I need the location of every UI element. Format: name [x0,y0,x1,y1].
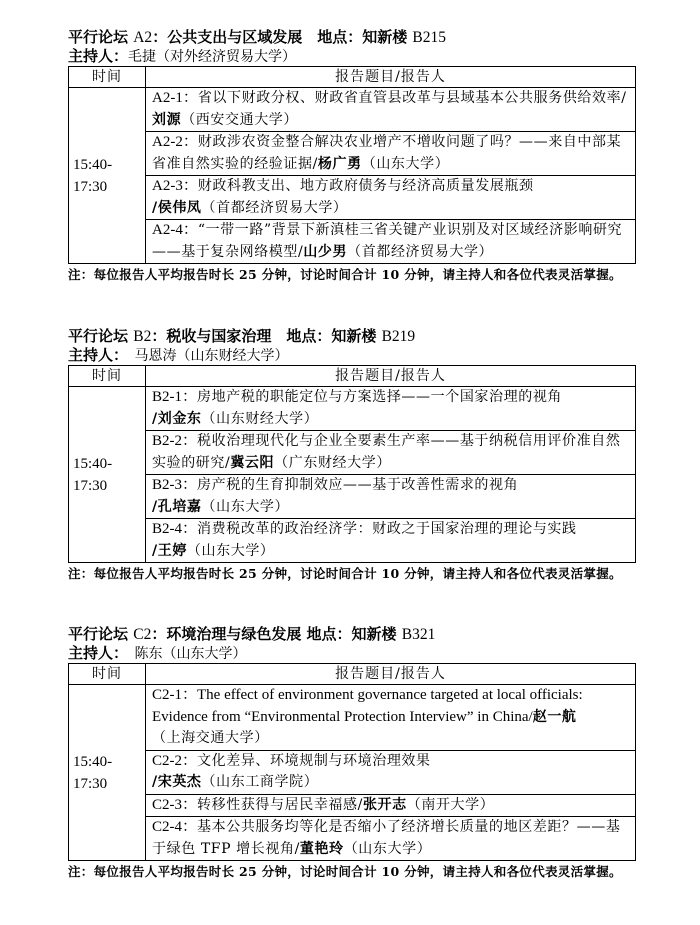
header-topic: 报告题目/报告人 [146,664,636,685]
speaker-affiliation: （山东大学） [187,543,275,559]
talk-code: B2-1： [152,389,197,405]
speaker-affiliation: （山东工商学院） [202,774,319,790]
talk-cell: B2-1：房地产税的职能定位与方案选择——一个国家治理的视角/刘金东（山东财经大… [146,387,636,431]
forum-title: 平行论坛 C2：环境治理与绿色发展 地点：知新楼 B321 [68,624,636,644]
forum-section-a2: 平行论坛 A2：公共支出与区域发展 地点：知新楼 B215 主持人：毛捷（对外经… [68,27,636,286]
talk-code: A2-3： [152,178,198,194]
speaker-affiliation: （南开大学） [407,797,495,813]
talk-code: A2-1： [152,90,198,106]
table-row: 15:40- 17:30 C2-1：The effect of environm… [69,685,636,751]
table-row: A2-4：“一带一路”背景下新滇桂三省关键产业识别及对区域经济影响研究——基于复… [69,220,636,264]
header-topic: 报告题目/报告人 [146,366,636,387]
table-row: C2-4：基本公共服务均等化是否缩小了经济增长质量的地区差距？——基于绿色 TF… [69,817,636,861]
room-number: B219 [382,328,416,345]
talk-cell: B2-2：税收治理现代化与企业全要素生产率——基于纳税信用评价准自然实验的研究/… [146,431,636,475]
schedule-table: 时间 报告题目/报告人 15:40- 17:30 A2-1：省以下财政分权、财政… [68,66,636,264]
talk-cell: B2-3：房产税的生育抑制效应——基于改善性需求的视角/孔培嘉（山东大学） [146,475,636,519]
talk-title: 省以下财政分权、财政省直管县改革与县域基本公共服务供给效率/ [198,90,627,106]
table-row: B2-4：消费税改革的政治经济学：财政之于国家治理的理论与实践/王婷（山东大学） [69,519,636,563]
room-number: B321 [402,626,436,643]
talk-cell: A2-4：“一带一路”背景下新滇桂三省关键产业识别及对区域经济影响研究——基于复… [146,220,636,264]
table-header-row: 时间 报告题目/报告人 [69,366,636,387]
table-row: B2-3：房产税的生育抑制效应——基于改善性需求的视角/孔培嘉（山东大学） [69,475,636,519]
time-start: 15:40- [73,453,145,475]
speaker-name: 冀云阳 [230,455,274,471]
forum-name-location: ：公共支出与区域发展 地点：知新楼 [152,28,412,46]
talk-cell: C2-4：基本公共服务均等化是否缩小了经济增长质量的地区差距？——基于绿色 TF… [146,817,636,861]
speaker-name: /王婷 [152,543,187,559]
table-row: B2-2：税收治理现代化与企业全要素生产率——基于纳税信用评价准自然实验的研究/… [69,431,636,475]
forum-title-prefix: 平行论坛 [68,327,133,345]
forum-title: 平行论坛 B2：税收与国家治理 地点：知新楼 B219 [68,326,636,346]
schedule-note: 注：每位报告人平均报告时长 25 分钟，讨论时间合计 10 分钟，请主持人和各位… [68,563,636,585]
talk-cell: C2-1：The effect of environment governanc… [146,685,636,751]
table-row: C2-3：转移性获得与居民幸福感/张开志（南开大学） [69,794,636,817]
talk-title: 文化差异、环境规制与环境治理效果 [197,753,431,769]
host-label: 主持人： [68,644,121,662]
table-header-row: 时间 报告题目/报告人 [69,664,636,685]
talk-cell: A2-1：省以下财政分权、财政省直管县改革与县域基本公共服务供给效率/刘源（西安… [146,88,636,132]
time-cell: 15:40- 17:30 [69,387,146,563]
forum-title-prefix: 平行论坛 [68,28,133,46]
host-label: 主持人： [68,346,121,364]
host-line: 主持人：毛捷（对外经济贸易大学） [68,47,636,66]
host-line: 主持人： 陈东（山东大学） [68,644,636,663]
room-number: B215 [412,29,446,46]
talk-code: A2-4： [152,222,198,238]
speaker-affiliation: （西安交通大学） [181,112,298,128]
talk-code: B2-3： [152,477,197,493]
speaker-name: 董艳玲 [300,841,344,857]
time-end: 17:30 [73,475,145,497]
time-cell: 15:40- 17:30 [69,685,146,861]
talk-title: 消费税改革的政治经济学：财政之于国家治理的理论与实践 [197,521,577,537]
time-start: 15:40- [73,154,145,176]
header-time: 时间 [69,664,146,685]
talk-code: A2-2： [152,134,198,150]
header-topic: 报告题目/报告人 [146,67,636,88]
forum-title: 平行论坛 A2：公共支出与区域发展 地点：知新楼 B215 [68,27,636,47]
speaker-name: 赵一航 [533,709,577,725]
speaker-name: 刘源 [152,112,181,128]
schedule-table: 时间 报告题目/报告人 15:40- 17:30 C2-1：The effect… [68,663,636,861]
host-label: 主持人： [68,47,128,65]
speaker-name: /侯伟凤 [152,200,202,216]
speaker-affiliation: （广东财经大学） [274,455,391,471]
speaker-name: /刘金东 [152,411,202,427]
time-end: 17:30 [73,773,145,795]
talk-code: C2-3： [152,797,197,813]
speaker-affiliation: （上海交通大学） [152,730,269,746]
speaker-affiliation: （首都经济贸易大学） [202,200,348,216]
host-name: 毛捷（对外经济贸易大学） [128,49,296,65]
table-row: A2-2：财政涉农资金整合解决农业增产不增收问题了吗？——来自中部某省准自然实验… [69,132,636,176]
forum-code: A2 [133,29,152,46]
host-name: 马恩涛（山东财经大学） [121,348,289,364]
talk-code: C2-4： [152,819,197,835]
talk-cell: A2-3：财政科教支出、地方政府债务与经济高质量发展瓶颈/侯伟凤（首都经济贸易大… [146,176,636,220]
forum-title-prefix: 平行论坛 [68,625,133,643]
schedule-note: 注：每位报告人平均报告时长 25 分钟，讨论时间合计 10 分钟，请主持人和各位… [68,264,636,286]
speaker-name: 张开志 [363,797,407,813]
speaker-name: 杨广勇 [318,156,362,172]
time-start: 15:40- [73,751,145,773]
talk-code: B2-4： [152,521,197,537]
table-header-row: 时间 报告题目/报告人 [69,67,636,88]
talk-title: 转移性获得与居民幸福感/ [197,797,363,813]
forum-section-b2: 平行论坛 B2：税收与国家治理 地点：知新楼 B219 主持人： 马恩涛（山东财… [68,326,636,585]
talk-title: 房地产税的职能定位与方案选择——一个国家治理的视角 [197,389,562,405]
talk-cell: A2-2：财政涉农资金整合解决农业增产不增收问题了吗？——来自中部某省准自然实验… [146,132,636,176]
forum-section-c2: 平行论坛 C2：环境治理与绿色发展 地点：知新楼 B321 主持人： 陈东（山东… [68,624,636,883]
header-time: 时间 [69,366,146,387]
speaker-affiliation: （山东财经大学） [202,411,319,427]
host-name: 陈东（山东大学） [121,646,247,662]
table-row: 15:40- 17:30 A2-1：省以下财政分权、财政省直管县改革与县域基本公… [69,88,636,132]
speaker-affiliation: （首都经济贸易大学） [347,244,493,260]
talk-title: 房产税的生育抑制效应——基于改善性需求的视角 [197,477,518,493]
forum-name-location: ：环境治理与绿色发展 地点：知新楼 [151,625,401,643]
talk-cell: C2-3：转移性获得与居民幸福感/张开志（南开大学） [146,794,636,817]
header-time: 时间 [69,67,146,88]
speaker-affiliation: （山东大学） [362,156,450,172]
table-row: A2-3：财政科教支出、地方政府债务与经济高质量发展瓶颈/侯伟凤（首都经济贸易大… [69,176,636,220]
talk-cell: C2-2：文化差异、环境规制与环境治理效果/宋英杰（山东工商学院） [146,750,636,794]
speaker-name: /孔培嘉 [152,499,202,515]
speaker-affiliation: （山东大学） [344,841,432,857]
speaker-name: /宋英杰 [152,774,202,790]
talk-code: C2-1： [152,687,197,703]
forum-code: C2 [133,626,151,643]
forum-name-location: ：税收与国家治理 地点：知新楼 [151,327,381,345]
talk-title: The effect of environment governance tar… [152,687,583,725]
forum-code: B2 [133,328,151,345]
table-row: 15:40- 17:30 B2-1：房地产税的职能定位与方案选择——一个国家治理… [69,387,636,431]
talk-code: B2-2： [152,433,197,449]
talk-title: 财政科教支出、地方政府债务与经济高质量发展瓶颈 [198,178,534,194]
schedule-table: 时间 报告题目/报告人 15:40- 17:30 B2-1：房地产税的职能定位与… [68,365,636,563]
talk-code: C2-2： [152,753,197,769]
speaker-affiliation: （山东大学） [202,499,290,515]
time-end: 17:30 [73,176,145,198]
talk-cell: B2-4：消费税改革的政治经济学：财政之于国家治理的理论与实践/王婷（山东大学） [146,519,636,563]
schedule-note: 注：每位报告人平均报告时长 25 分钟，讨论时间合计 10 分钟，请主持人和各位… [68,861,636,883]
time-cell: 15:40- 17:30 [69,88,146,264]
table-row: C2-2：文化差异、环境规制与环境治理效果/宋英杰（山东工商学院） [69,750,636,794]
speaker-name: 山少男 [303,244,347,260]
host-line: 主持人： 马恩涛（山东财经大学） [68,346,636,365]
